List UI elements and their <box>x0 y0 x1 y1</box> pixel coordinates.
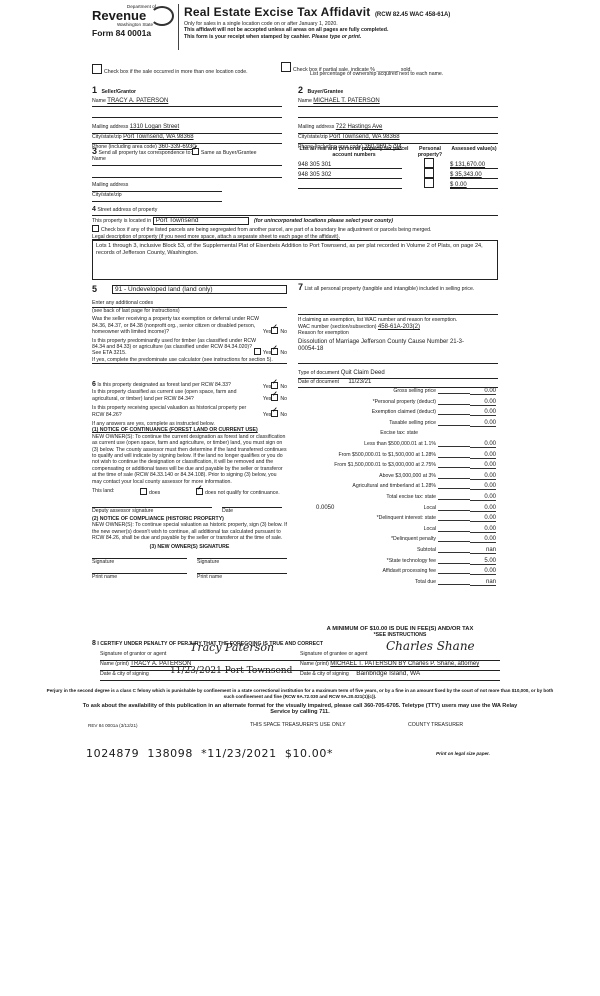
tax-row-leader <box>438 520 470 521</box>
print-name-label: Print name <box>92 574 117 580</box>
legal-description-field[interactable]: Lots 1 through 3, inclusive Block 53, of… <box>92 240 498 280</box>
does-label: does <box>149 490 160 496</box>
tax-row: Local0.000.0050 <box>298 505 498 515</box>
tax-row-leader <box>438 467 470 468</box>
buyer-name-field[interactable]: MICHAEL T. PATERSON <box>313 98 379 104</box>
header-notice-3-italic: Please type or print. <box>312 34 362 40</box>
yes-label: Yes <box>263 412 271 418</box>
section-8-number: 8 <box>92 640 96 647</box>
section-6: 6 Is this property designated as forest … <box>92 382 287 581</box>
tax-row-label: Less than $500,000.01 at 1.1% <box>364 441 436 447</box>
timber-yes-no: YesNo <box>254 348 287 356</box>
form-header: Real Estate Excise Tax Affidavit (RCW 82… <box>184 3 504 40</box>
timber-no-checkbox[interactable] <box>271 348 278 355</box>
value-col-header: Assessed value(s) <box>450 146 498 159</box>
no-label: No <box>280 329 287 335</box>
located-in-select[interactable]: Port Townsend <box>153 217 249 225</box>
seller-name-label: Name <box>92 98 106 104</box>
seller-city-label: City/state/zip <box>92 134 122 140</box>
tax-row-label: Subtotal <box>417 547 436 553</box>
grantor-signature[interactable]: Tracy Paterson <box>190 645 274 651</box>
tax-row-leader <box>438 499 470 500</box>
deputy-signature-field[interactable]: Deputy assessor signature <box>92 507 212 514</box>
ownership-note: List percentage of ownership acquired ne… <box>310 71 443 77</box>
partial-sale-checkbox[interactable] <box>281 62 291 72</box>
no-label: No <box>280 350 287 356</box>
tax-row-label: Local <box>424 505 436 511</box>
tax-row-leader <box>438 584 470 585</box>
yes-label: Yes <box>263 396 271 402</box>
grantee-date-label: Date & city of signing <box>300 671 349 677</box>
see-instructions-note: *SEE INSTRUCTIONS <box>300 632 500 638</box>
section-5-number: 5 <box>92 284 112 294</box>
tax-row-label: Gross selling price <box>393 388 436 394</box>
grantee-signature-block: Signature of grantee or agentCharles Sha… <box>300 651 500 681</box>
does-qualify-checkbox[interactable] <box>140 488 147 495</box>
tax-row-label: Taxable selling price <box>389 420 436 426</box>
current-use-no-checkbox[interactable] <box>271 394 278 401</box>
tax-row-leader <box>438 552 470 553</box>
corr-name-line-2[interactable] <box>92 166 282 178</box>
corr-name-field[interactable]: Name <box>92 156 282 166</box>
section-3-number: 3 <box>92 146 97 156</box>
parcel-number-field[interactable]: 948 305 301 <box>298 162 402 169</box>
tax-row-label: Affidavit processing fee <box>382 568 436 574</box>
section-6-number: 6 <box>92 381 96 388</box>
segregated-checkbox[interactable] <box>92 225 99 232</box>
property-section: 4 Street address of property This proper… <box>92 207 498 280</box>
tax-row-leader <box>438 531 470 532</box>
does-not-qualify-checkbox[interactable] <box>196 488 203 495</box>
print-name-label: Print name <box>197 574 222 580</box>
no-label: No <box>280 412 287 418</box>
grantee-signature[interactable]: Charles Shane <box>386 643 475 649</box>
seller-name-line-2[interactable] <box>92 107 282 118</box>
parcel-row: 948 305 302$ 35,343.00 <box>298 169 498 179</box>
tax-row-leader <box>438 446 470 447</box>
personal-property-field[interactable] <box>298 292 498 315</box>
corr-city-label: City/state/zip <box>92 192 122 198</box>
notice-continuance-title: (1) NOTICE OF CONTINUANCE (FOREST LAND O… <box>92 427 287 433</box>
grantee-sig-label: Signature of grantee or agent <box>300 651 368 657</box>
seller-heading: Seller/Grantor <box>101 89 136 95</box>
forest-land-question: Is this property designated as forest la… <box>97 382 231 388</box>
doc-type-label: Type of document <box>298 370 339 376</box>
current-use-yes-no: YesNo <box>263 394 287 402</box>
historic-yes-no: YesNo <box>263 410 287 418</box>
tax-row-leader <box>438 510 470 511</box>
tax-row-leader <box>438 393 470 394</box>
tax-row-leader <box>438 563 470 564</box>
notice-compliance-body: NEW OWNER(S): To continue special valuat… <box>92 522 287 541</box>
tax-row: From $500,000.01 to $1,500,000 at 1.28%0… <box>298 452 498 462</box>
tax-row-leader <box>438 488 470 489</box>
section-7-number: 7 <box>298 282 303 292</box>
tax-row-value[interactable]: nan <box>470 547 496 554</box>
tax-row: *State technology fee5.00 <box>298 558 498 568</box>
buyer-name-label: Name <box>298 98 312 104</box>
current-use-question: Is this property classified as current u… <box>92 389 236 401</box>
tax-row-label: From $1,500,000.01 to $3,000,000 at 2.75… <box>334 462 436 468</box>
tax-row: Exemption claimed (deduct)0.00 <box>298 409 498 419</box>
tax-row-value[interactable]: 0.00 <box>470 568 496 575</box>
buyer-name-line-2[interactable] <box>298 107 498 118</box>
tax-row-label: *Delinquent interest: state <box>377 515 436 521</box>
buyer-address-label: Mailing address <box>298 124 334 130</box>
personal-property-checkbox[interactable] <box>424 168 434 178</box>
buyer-city-label: City/state/zip <box>298 134 328 140</box>
located-in-label: This property is located in <box>92 218 151 224</box>
corr-city-field[interactable]: City/state/zip <box>92 192 222 202</box>
tax-row-label: Total excise tax: state <box>386 494 436 500</box>
tax-row-value[interactable]: 0.00 <box>470 452 496 459</box>
personal-property-label: List all personal property (tangible and… <box>304 286 474 292</box>
tax-row-leader <box>438 425 470 426</box>
tax-row: Affidavit processing fee0.00 <box>298 568 498 578</box>
form-title: Real Estate Excise Tax Affidavit <box>184 5 370 19</box>
correspondence-label: Send all property tax correspondence to: <box>98 150 191 156</box>
tax-row-value[interactable]: 0.00 <box>470 526 496 533</box>
tax-row-value[interactable]: 0.00 <box>470 462 496 469</box>
assessed-value-field[interactable]: $ 131,670.00 <box>450 162 498 169</box>
tax-row-value[interactable]: 0.00 <box>470 515 496 522</box>
header-notice-3: This form is your receipt when stamped b… <box>184 34 310 40</box>
tax-row-leader <box>438 478 470 479</box>
tax-row-value[interactable]: 0.00 <box>470 420 496 427</box>
tax-row-value[interactable]: 0.00 <box>470 399 496 406</box>
exemption-question: Was the seller receiving a property tax … <box>92 316 259 335</box>
forest-no-checkbox[interactable] <box>271 382 278 389</box>
multi-location-label: Check box if the sale occurred in more t… <box>104 69 248 75</box>
buyer-address-field[interactable]: 722 Hastings Ave <box>336 124 383 130</box>
tax-row-value[interactable]: 0.00 <box>470 536 496 543</box>
buyer-section: 2 Buyer/Grantee Name MICHAEL T. PATERSON… <box>298 80 498 153</box>
tax-row: Total excise tax: state0.00 <box>298 494 498 504</box>
parcel-row: $ 0.00 <box>298 179 498 189</box>
section-7: 7 List all personal property (tangible a… <box>298 284 498 388</box>
tax-row-value[interactable]: 0.00 <box>470 494 496 501</box>
assessed-value-field[interactable]: $ 0.00 <box>450 182 498 189</box>
parcel-number-field[interactable] <box>298 188 402 189</box>
tax-row: *Personal property (deduct)0.00 <box>298 399 498 409</box>
dor-logo: Department of Revenue Washington State F… <box>92 4 178 38</box>
tax-row-label: *State technology fee <box>387 558 436 564</box>
reason-label: Reason for exemption <box>298 330 498 336</box>
tax-row-label: Excise tax: state <box>380 430 418 436</box>
tax-row: From $1,500,000.01 to $3,000,000 at 2.75… <box>298 462 498 472</box>
additional-codes-note: (see back of last page for instructions) <box>92 308 287 314</box>
buyer-city-field[interactable]: Port Townsend, WA 98368 <box>329 134 399 140</box>
deputy-date-field[interactable]: Date <box>222 507 282 514</box>
parcel-col-header: List all real and personal property tax … <box>298 146 410 159</box>
local-rate: 0.0050 <box>316 505 334 511</box>
exemption-yes-no: YesNo <box>263 327 287 335</box>
tax-row-label: From $500,000.01 to $1,500,000 at 1.28% <box>339 452 436 458</box>
this-land-label: This land: <box>92 488 140 496</box>
assessed-value-field[interactable]: $ 35,343.00 <box>450 172 498 179</box>
form-number: Form 84 0001a <box>92 28 178 38</box>
print-note: Print on legal size paper. <box>436 751 490 757</box>
tax-row-value[interactable]: 5.00 <box>470 558 496 565</box>
corr-address-field[interactable]: Mailing address <box>92 182 222 192</box>
located-in-hint: (for unincorporated locations please sel… <box>254 218 393 224</box>
yes-label: Yes <box>263 350 271 356</box>
multi-location-row: Check box if the sale occurred in more t… <box>92 64 248 75</box>
correspondence-section: 3 Send all property tax correspondence t… <box>92 148 282 202</box>
timber-note: If yes, complete the predominate use cal… <box>92 357 287 364</box>
exemption-no-checkbox[interactable] <box>271 327 278 334</box>
same-as-buyer-label: Same as Buyer/Grantee <box>201 150 257 156</box>
reason-line <box>298 353 498 364</box>
tax-row: Excise tax: state <box>298 430 498 440</box>
doc-date-label: Date of document <box>298 379 339 385</box>
new-owner-print-1[interactable]: Print name <box>92 573 187 580</box>
multi-location-checkbox[interactable] <box>92 64 102 74</box>
tax-row-value[interactable]: nan <box>470 579 496 586</box>
logo-swoosh-icon <box>150 6 174 26</box>
tax-row-leader <box>438 457 470 458</box>
street-address-label: Street address of property <box>97 207 157 213</box>
wac-label: WAC number (section/subsection) <box>298 324 377 330</box>
seller-address-field[interactable]: 1310 Logan Street <box>130 124 179 130</box>
grantor-sig-label: Signature of grantor or agent <box>100 651 166 657</box>
grantee-name-label: Name (print) <box>300 661 329 667</box>
section-4-number: 4 <box>92 206 96 213</box>
tax-row: *Delinquent interest: state0.00 <box>298 515 498 525</box>
tax-row-leader <box>438 573 470 574</box>
yes-label: Yes <box>263 329 271 335</box>
new-owner-signature-title: (3) NEW OWNER(S) SIGNATURE <box>92 544 287 550</box>
seller-city-field[interactable]: Port Townsend, WA 98368 <box>123 134 193 140</box>
buyer-heading: Buyer/Grantee <box>307 89 343 95</box>
corr-address-label: Mailing address <box>92 182 128 188</box>
tax-row: Above $3,000,000 at 3%0.00 <box>298 473 498 483</box>
tax-row-label: *Personal property (deduct) <box>373 399 436 405</box>
tax-row-value[interactable]: 0.00 <box>470 473 496 480</box>
tax-row: Local0.00 <box>298 526 498 536</box>
form-citation: (RCW 82.45 WAC 458-61A) <box>375 12 450 18</box>
tax-row: Taxable selling price0.00 <box>298 420 498 430</box>
treasurer-receipt-stamp: 1024879 138098 *11/23/2021 $10.00* <box>86 747 333 760</box>
tax-row: Less than $500,000.01 at 1.1%0.00 <box>298 441 498 451</box>
grantor-signature-block: Signature of grantor or agentTracy Pater… <box>100 651 300 681</box>
doc-type-field[interactable]: Quit Claim Deed <box>341 370 385 376</box>
new-owner-signature-2[interactable]: Signature <box>197 558 287 565</box>
header-divider <box>178 4 179 50</box>
parcel-row: 948 305 301$ 131,670.00 <box>298 159 498 169</box>
tax-row-value[interactable]: 0.00 <box>470 388 496 395</box>
parcel-table: List all real and personal property tax … <box>298 146 498 189</box>
signature-label: Signature <box>197 559 219 565</box>
reason-field[interactable]: Dissolution of Marriage Jefferson County… <box>298 339 468 353</box>
perjury-notice: Perjury in the second degree is a class … <box>44 688 556 699</box>
personal-property-checkbox[interactable] <box>424 158 434 168</box>
grantor-name-label: Name (print) <box>100 661 129 667</box>
seller-address-label: Mailing address <box>92 124 128 130</box>
corr-name-label: Name <box>92 156 106 162</box>
grantor-date-label: Date & city of signing <box>100 671 149 677</box>
seller-name-field[interactable]: TRACY A. PATERSON <box>107 98 168 104</box>
tax-row: Agricultural and timberland at 1.28%0.00 <box>298 483 498 493</box>
tax-row-value[interactable]: 0.00 <box>470 409 496 416</box>
new-owner-print-2[interactable]: Print name <box>197 573 287 580</box>
does-not-label: does not qualify for continuance. <box>205 490 280 496</box>
historic-no-checkbox[interactable] <box>271 410 278 417</box>
parcel-number-field[interactable]: 948 305 302 <box>298 172 402 179</box>
no-label: No <box>280 396 287 402</box>
tax-row-label: Agricultural and timberland at 1.28% <box>352 483 436 489</box>
new-owner-signature-1[interactable]: Signature <box>92 558 187 565</box>
tax-row-leader <box>438 414 470 415</box>
deputy-date-label: Date <box>222 508 233 514</box>
timber-question: Is this property predominantly used for … <box>92 338 256 357</box>
tax-row: Total duenan <box>298 579 498 589</box>
tax-row: Gross selling price0.00 <box>298 388 498 398</box>
treasurer-use-label: THIS SPACE TREASURER'S USE ONLY <box>250 722 346 728</box>
seller-section: 1 Seller/Grantor Name TRACY A. PATERSON … <box>92 80 282 153</box>
personal-property-checkbox[interactable] <box>424 178 434 188</box>
land-use-select[interactable]: 91 - Undeveloped land (land only) <box>112 285 287 294</box>
tax-row-leader <box>438 541 470 542</box>
grantee-date-field[interactable]: Bainbridge Island, WA <box>356 670 420 677</box>
tax-row: Subtotalnan <box>298 547 498 557</box>
section-2-number: 2 <box>298 85 303 95</box>
segregated-label: Check box if any of the listed parcels a… <box>101 227 431 233</box>
historic-question: Is this property receiving special valua… <box>92 405 246 417</box>
tax-row-label: Exemption claimed (deduct) <box>372 409 436 415</box>
tax-row-label: Above $3,000,000 at 3% <box>379 473 436 479</box>
signature-label: Signature <box>92 559 114 565</box>
revision-label: REV 84 0001a (3/12/21) <box>88 723 138 729</box>
grantee-name-field[interactable]: MICHAEL T. PATERSON BY Charles P. Shane,… <box>330 661 479 667</box>
tax-row-label: *Delinquent penalty <box>391 536 436 542</box>
tax-row-value[interactable]: 0.00 <box>470 505 496 512</box>
doc-date-field[interactable]: 11/23/21 <box>348 379 371 385</box>
same-as-buyer-checkbox[interactable] <box>192 148 199 155</box>
section-1-number: 1 <box>92 85 97 95</box>
grantor-date-field[interactable]: 11/23/2021 Port Townsend <box>170 668 292 674</box>
notice-continuance-body: NEW OWNER(S): To continue the current de… <box>92 434 287 485</box>
accessibility-notice: To ask about the availability of this pu… <box>80 703 520 716</box>
tax-row-label: Total due <box>415 579 436 585</box>
section-5: 5 91 - Undeveloped land (land only) Ente… <box>92 284 287 364</box>
tax-row-label: Local <box>424 526 436 532</box>
tax-row: *Delinquent penalty0.00 <box>298 536 498 546</box>
tax-row-value[interactable]: 0.00 <box>470 483 496 490</box>
tax-row-leader <box>438 404 470 405</box>
timber-yes-checkbox[interactable] <box>254 348 261 355</box>
tax-row-value[interactable]: 0.00 <box>470 441 496 448</box>
county-treasurer-label: COUNTY TREASURER <box>408 722 463 728</box>
wac-field[interactable]: 458-61A-203(2) <box>378 324 420 330</box>
deputy-sig-label: Deputy assessor signature <box>92 508 153 514</box>
additional-codes-label: Enter any additional codes <box>92 300 153 306</box>
